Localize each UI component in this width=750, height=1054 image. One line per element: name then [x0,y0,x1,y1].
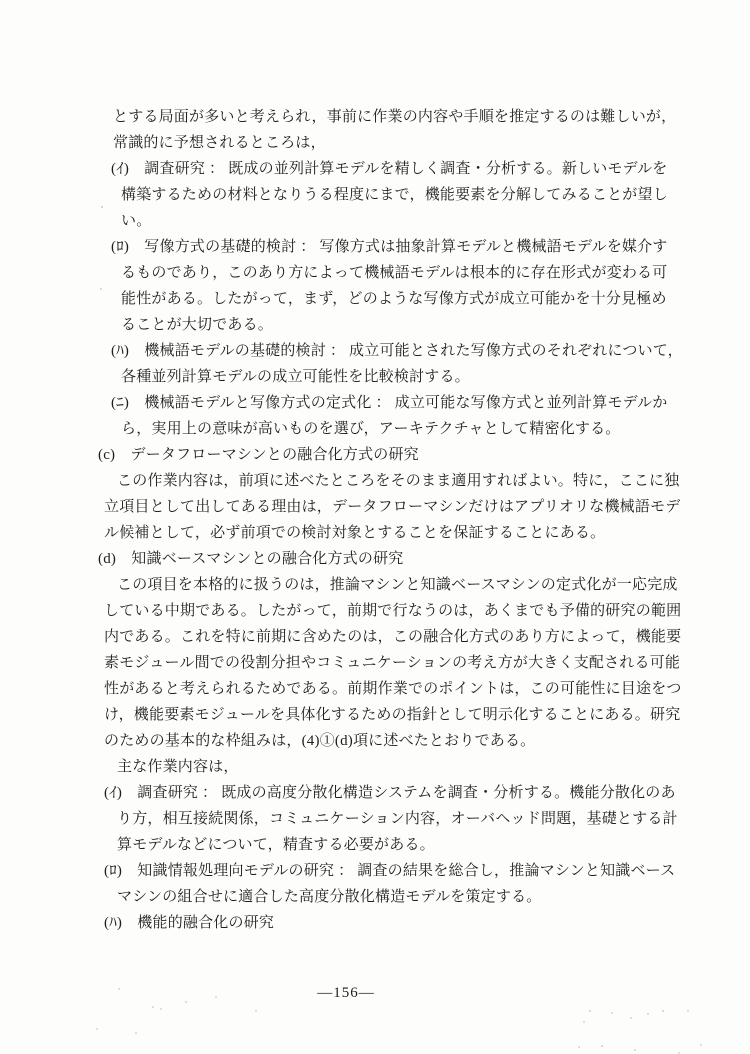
body-line: とする局面が多いと考えられ，事前に作業の内容や手順を推定するのは難しいが， [113,104,750,130]
list-item-line: 算モデルなどについて，精査する必要がある。 [117,832,750,858]
list-item-line-ro: (ﾛ) 写像方式の基礎的検討 ： 写像方式は抽象計算モデルと機械語モデルを媒介す [111,234,750,260]
paragraph-line: のための基本的な枠組みは，(4)①(d)項に述べたとおりである。 [104,728,750,754]
list-item-line: 各種並列計算モデルの成立可能性を比較検討する。 [121,364,750,390]
paragraph-line: この項目を本格的に扱うのは，推論マシンと知識ベースマシンの定式化が一応完成 [117,572,750,598]
list-item-line-i: (ｲ) 調査研究 ： 既成の並列計算モデルを精しく調査・分析する。新しいモデルを [111,156,750,182]
list-item-line: ることが大切である。 [121,312,750,338]
list-item-line: い。 [121,208,750,234]
list-item-line: ら，実用上の意味が高いものを選び，アーキテクチャとして精密化する。 [121,416,750,442]
paragraph-line: ル候補として，必ず前項での検討対象とすることを保証することにある。 [104,520,750,546]
page-number: —156— [0,985,692,1002]
list-item-line: マシンの組合せに適合した高度分散化構造モデルを策定する。 [117,884,750,910]
list-item-line: 構築するための材料となりうる程度にまで，機能要素を分解してみることが望し [121,182,750,208]
paragraph-line: 素モジュール間での役割分担やコミュニケーションの考え方が大きく支配される可能 [104,650,750,676]
list-item-line: 能性がある。したがって，まず，どのような写像方式が成立可能かを十分見極め [121,286,750,312]
paragraph-line: 立項目として出してある理由は，データフローマシンだけはアプリオリな機械語モデ [104,494,750,520]
body-line: 常識的に予想されるところは， [113,130,750,156]
list-item-line: り方，相互接続関係，コミュニケーション内容，オーバヘッド問題，基礎とする計 [117,806,750,832]
paragraph-line: している中期である。したがって，前期で行なうのは，あくまでも予備的研究の範囲 [104,598,750,624]
section-heading-d: (d) 知識ベースマシンとの融合化方式の研究 [98,546,750,572]
paragraph-line: け，機能要素モジュールを具体化するための指針として明示化することにある。研究 [104,702,750,728]
page-body: とする局面が多いと考えられ，事前に作業の内容や手順を推定するのは難しいが， 常識… [0,104,750,936]
paragraph-line: この作業内容は，前項に述べたところをそのまま適用すればよい。特に，ここに独 [117,468,750,494]
list-item-line-ha: (ﾊ) 機能的融合化の研究 [104,910,750,936]
section-heading-c: (c) データフローマシンとの融合化方式の研究 [98,442,750,468]
list-item-line-ha: (ﾊ) 機械語モデルの基礎的検討 ： 成立可能とされた写像方式のそれぞれについて… [111,338,750,364]
paragraph-line: 主な作業内容は， [117,754,750,780]
scan-noise [101,206,103,208]
list-item-line-ni: (ﾆ) 機械語モデルと写像方式の定式化 ： 成立可能な写像方式と並列計算モデルか [111,390,750,416]
paragraph-line: 内である。これを特に前期に含めたのは，この融合化方式のあり方によって，機能要 [104,624,750,650]
list-item-line: るものであり，このあり方によって機械語モデルは根本的に存在形式が変わる可 [121,260,750,286]
document-page: とする局面が多いと考えられ，事前に作業の内容や手順を推定するのは難しいが， 常識… [0,0,750,1054]
list-item-line-ro: (ﾛ) 知識情報処理向モデルの研究 ： 調査の結果を総合し，推論マシンと知識ベー… [104,858,750,884]
paragraph-line: 性があると考えられるためである。前期作業でのポイントは，この可能性に目途をつ [104,676,750,702]
list-item-line-i: (ｲ) 調査研究 ： 既成の高度分散化構造システムを調査・分析する。機能分散化の… [104,780,750,806]
